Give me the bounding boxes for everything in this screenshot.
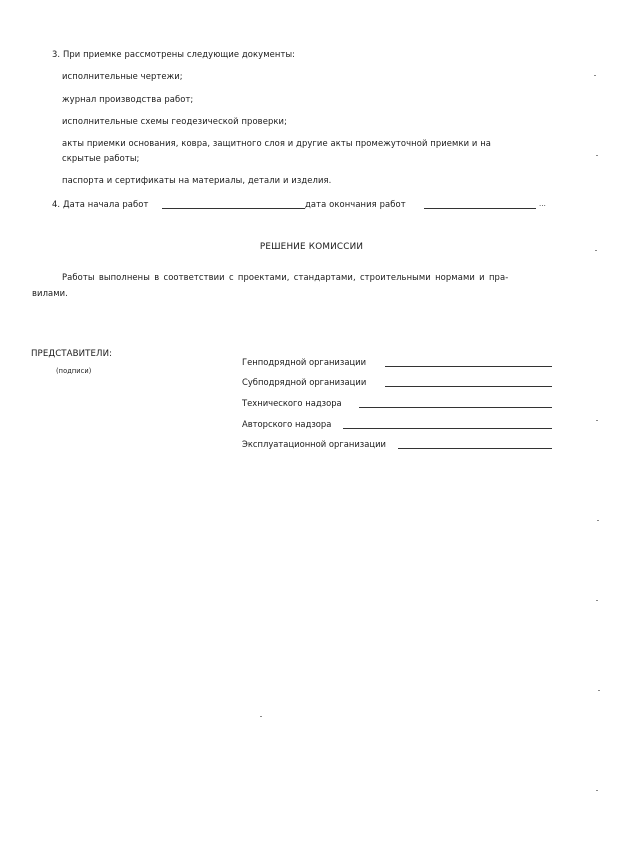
scan-speck: [596, 155, 598, 156]
scan-speck: [260, 716, 262, 717]
signature-label-author-supervision: Авторского надзора: [242, 419, 331, 429]
scan-speck: [598, 690, 600, 691]
document-item: исполнительные чертежи;: [62, 71, 183, 81]
end-date-field[interactable]: [424, 208, 536, 209]
representatives-title: ПРЕДСТАВИТЕЛИ:: [31, 349, 112, 359]
section-3-title: 3. При приемке рассмотрены следующие док…: [52, 49, 295, 59]
document-item: паспорта и сертификаты на материалы, дет…: [62, 175, 331, 185]
start-date-field[interactable]: [162, 208, 305, 209]
scan-speck: [597, 520, 599, 521]
signature-field-general-contractor[interactable]: [385, 366, 552, 367]
signature-label-technical-supervision: Технического надзора: [242, 398, 342, 408]
signature-label-operating-organization: Эксплуатационной организации: [242, 439, 386, 449]
document-item: акты приемки основания, ковра, защитного…: [62, 138, 491, 148]
end-date-trail: ...: [539, 200, 546, 208]
decision-text-line1: Работы выполнены в соответствии с проект…: [62, 272, 508, 282]
representatives-subtitle: (подписи): [56, 367, 91, 375]
start-date-label: 4. Дата начала работ: [52, 199, 148, 209]
end-date-label: дата окончания работ: [305, 199, 406, 209]
signature-label-subcontractor: Субподрядной организации: [242, 377, 366, 387]
document-item: журнал производства работ;: [62, 94, 193, 104]
decision-text-line2: вилами.: [32, 288, 68, 298]
scan-speck: [596, 420, 598, 421]
signature-field-author-supervision[interactable]: [343, 428, 552, 429]
scan-speck: [596, 600, 598, 601]
signature-field-technical-supervision[interactable]: [359, 407, 552, 408]
scan-speck: [596, 790, 598, 791]
signature-field-subcontractor[interactable]: [385, 386, 552, 387]
decision-heading: РЕШЕНИЕ КОМИССИИ: [0, 242, 623, 252]
document-item: исполнительные схемы геодезической прове…: [62, 116, 287, 126]
signature-label-general-contractor: Генподрядной организации: [242, 357, 366, 367]
signature-field-operating-organization[interactable]: [398, 448, 552, 449]
document-item-continuation: скрытые работы;: [62, 153, 139, 163]
scan-speck: [595, 250, 597, 251]
scan-speck: [594, 75, 596, 76]
document-page: 3. При приемке рассмотрены следующие док…: [0, 0, 623, 857]
